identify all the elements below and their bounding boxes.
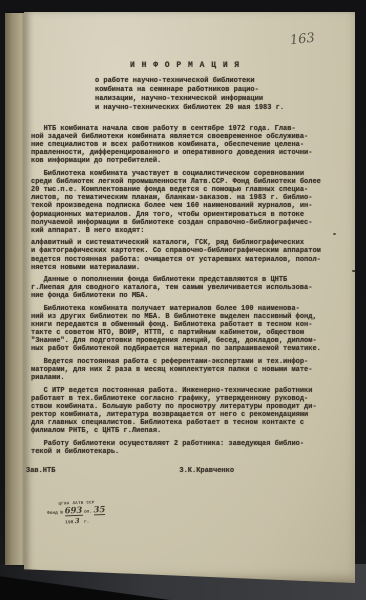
- stamp-fond-number-handwritten: 693: [65, 507, 83, 517]
- paragraph-2: Библиотека комбината участвует в социали…: [31, 170, 351, 235]
- paragraph-5: Библиотека комбината получает материалов…: [31, 305, 351, 354]
- signature-block: Зав.НТБ З.К.Кравченко: [26, 467, 351, 475]
- paragraph-3: алфавитный и систематический каталоги, Г…: [31, 239, 351, 271]
- paragraph-4: Данные о пополнении фонда библиотеки пре…: [31, 276, 351, 300]
- paragraph-6: Ведется постоянная работа с референтами-…: [31, 358, 351, 382]
- handwritten-page-number: 163: [289, 31, 315, 49]
- stamp-op-number-handwritten: 35: [93, 506, 105, 515]
- adjacent-page-edge: [5, 13, 25, 565]
- paragraph-8: Работу библиотеки осуществляют 2 работни…: [31, 440, 351, 456]
- archive-stamp: ЦГИА ЛАТВ ССР Фонд № 693 оп. 35 1983 г.: [38, 501, 117, 527]
- paragraph-7: С ИТР ведется постоянная работа. Инженер…: [31, 387, 351, 436]
- document-title: И Н Ф О Р М А Ц И Я: [130, 62, 351, 70]
- stamp-fond-label: Фонд №: [47, 510, 63, 516]
- stamp-year-digit-handwritten: 3: [75, 516, 80, 525]
- page-content: 163 И Н Ф О Р М А Ц И Я о работе научно-…: [24, 12, 355, 583]
- ink-speck: [333, 233, 336, 235]
- stamp-year-line: 1983 г.: [38, 516, 116, 527]
- scan-background: 163 И Н Ф О Р М А Ц И Я о работе научно-…: [0, 0, 366, 600]
- document-subtitle: о работе научно-технической библиотекико…: [95, 77, 351, 113]
- document-page: 163 И Н Ф О Р М А Ц И Я о работе научно-…: [24, 12, 355, 583]
- stamp-year-suffix: г.: [84, 520, 90, 525]
- signature-role: Зав.НТБ: [26, 467, 55, 475]
- signature-name: З.К.Кравченко: [179, 467, 234, 475]
- stamp-year-prefix: 198: [65, 520, 73, 525]
- paragraph-1: НТБ комбината начала свою работу в сентя…: [31, 125, 351, 165]
- stamp-op-label: оп.: [84, 509, 92, 514]
- ink-speck: [352, 270, 357, 272]
